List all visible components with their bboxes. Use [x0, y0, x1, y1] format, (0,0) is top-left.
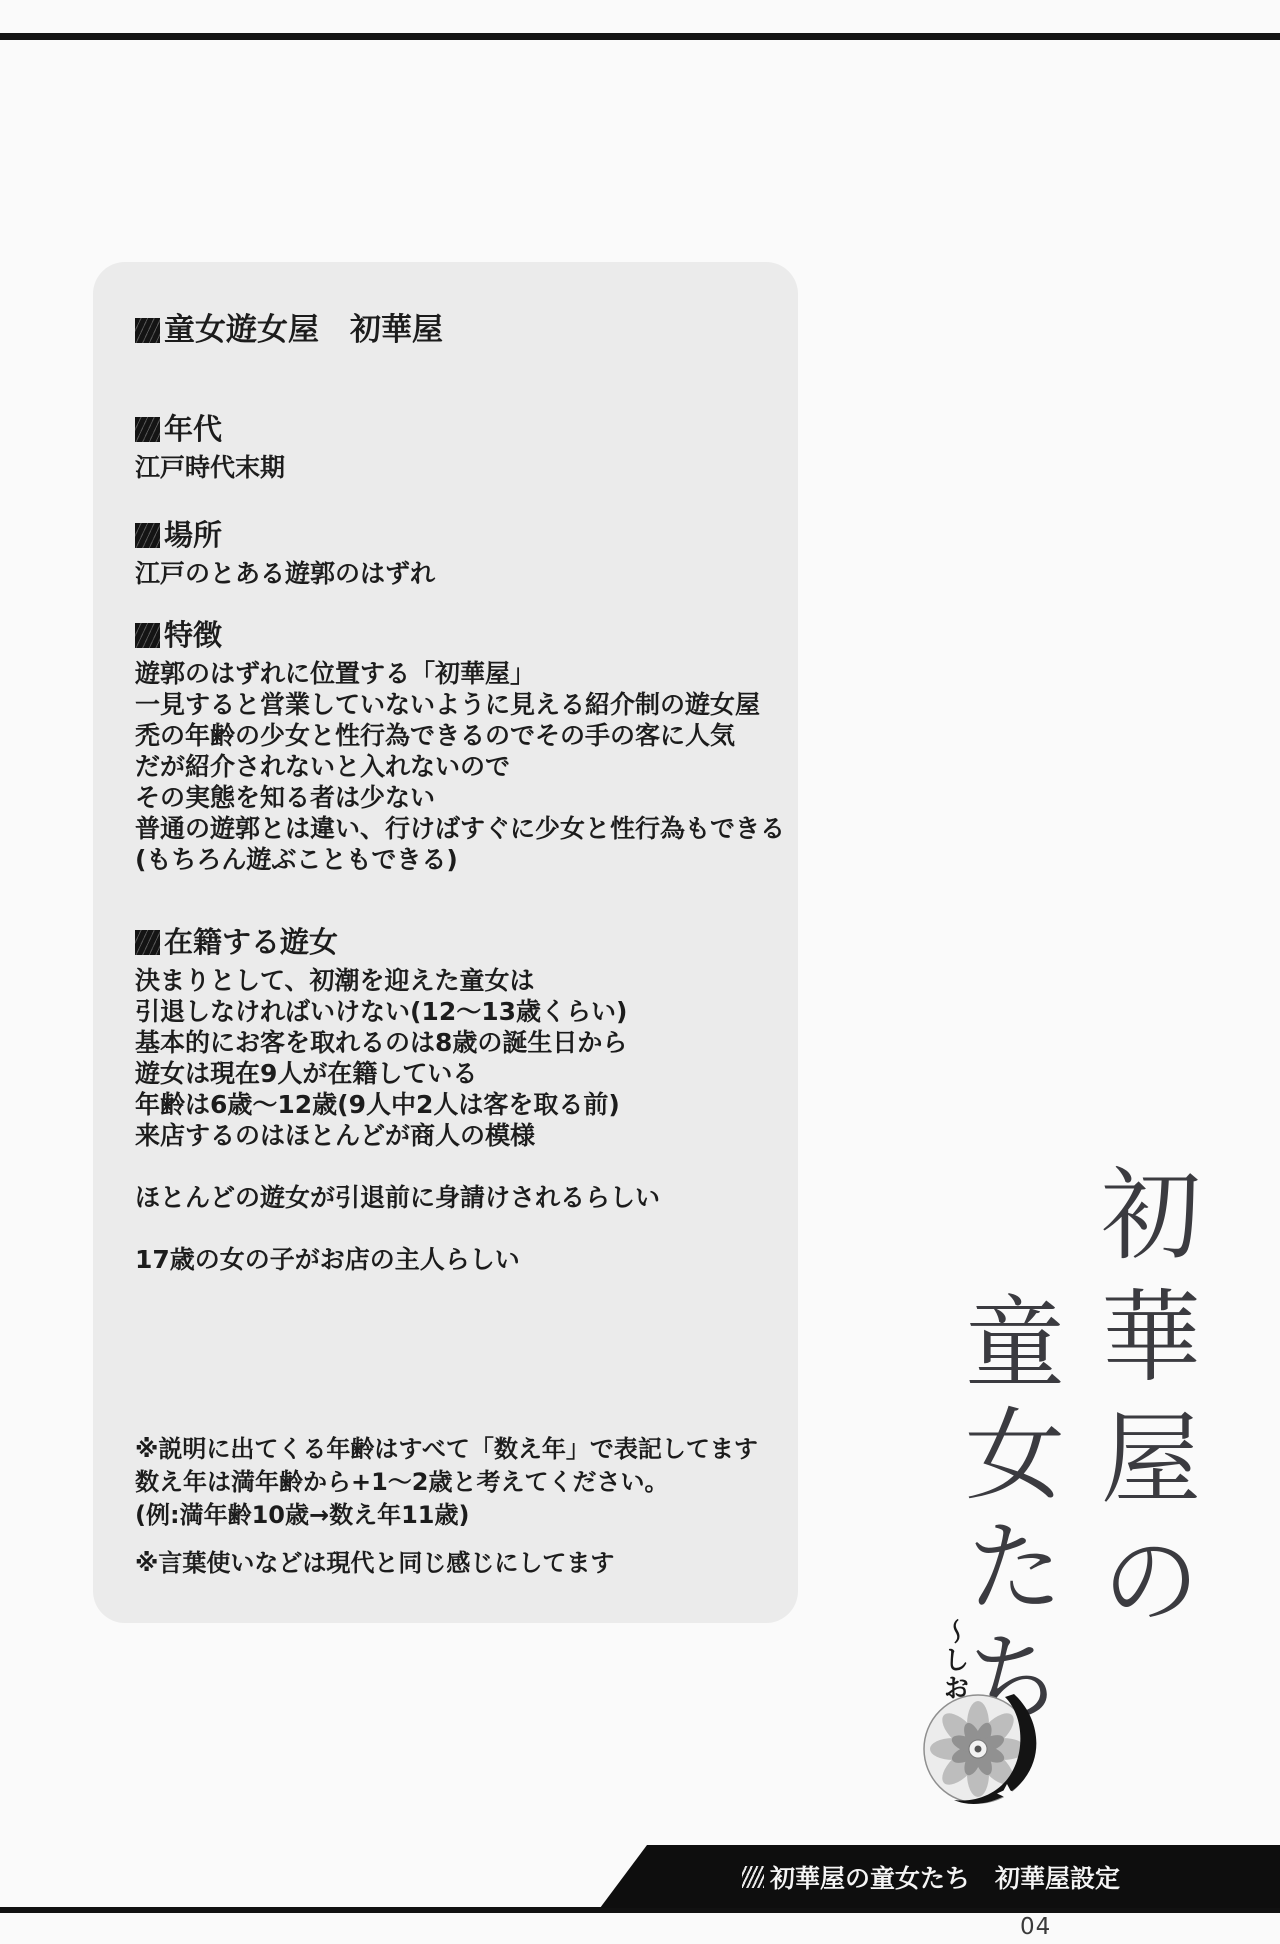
section-roster-line: 遊女は現在9人が在籍している [135, 1058, 772, 1089]
section-roster-paragraph: 決まりとして、初潮を迎えた童女は 引退しなければいけない(12〜13歳くらい) … [135, 965, 772, 1151]
temari-ball-icon [918, 1688, 1038, 1808]
side-title-column-right: 初華屋の [1086, 1162, 1198, 1650]
info-box-title: 童女遊女屋 初華屋 [135, 312, 772, 348]
section-features-line: 遊郭のはずれに位置する「初華屋」 [135, 658, 772, 689]
section-place: 場所 江戸のとある遊郭のはずれ [135, 518, 772, 589]
section-features-line: 禿の年齢の少女と性行為できるのでその手の客に人気 [135, 720, 772, 751]
footnote-line: (例:満年齢10歳→数え年11歳) [135, 1499, 772, 1532]
section-roster-paragraph: ほとんどの遊女が引退前に身請けされるらしい [135, 1182, 772, 1213]
section-era: 年代 江戸時代末期 [135, 412, 772, 483]
section-place-line: 江戸のとある遊郭のはずれ [135, 558, 772, 589]
page-number: 04 [1020, 1914, 1051, 1940]
footnote: ※説明に出てくる年齢はすべて「数え年」で表記してます 数え年は満年齢から+1〜2… [135, 1433, 772, 1532]
doujinshi-setting-page: 童女遊女屋 初華屋 年代 江戸時代末期 場所 江戸のとある遊郭のはずれ 特徴 遊… [0, 0, 1280, 1944]
section-roster-heading: 在籍する遊女 [135, 925, 772, 959]
section-roster-line: 17歳の女の子がお店の主人らしい [135, 1244, 772, 1275]
footnote-line: 数え年は満年齢から+1〜2歳と考えてください。 [135, 1466, 772, 1499]
section-marker-icon [742, 1866, 764, 1888]
section-roster-line: 来店するのはほとんどが商人の模様 [135, 1120, 772, 1151]
top-divider-line [0, 33, 1280, 40]
info-box: 童女遊女屋 初華屋 年代 江戸時代末期 場所 江戸のとある遊郭のはずれ 特徴 遊… [93, 262, 798, 1623]
section-marker-icon [135, 523, 160, 548]
section-roster: 在籍する遊女 決まりとして、初潮を迎えた童女は 引退しなければいけない(12〜1… [135, 925, 772, 1275]
section-marker-icon [135, 417, 160, 442]
section-features-heading: 特徴 [135, 618, 772, 652]
section-roster-line: ほとんどの遊女が引退前に身請けされるらしい [135, 1182, 772, 1213]
section-place-heading-text: 場所 [164, 518, 222, 552]
footnote-line: ※言葉使いなどは現代と同じ感じにしてます [135, 1547, 772, 1580]
section-marker-icon [135, 623, 160, 648]
section-features-line: だが紹介されないと入れないので [135, 751, 772, 782]
section-features-line: 普通の遊郭とは違い、行けばすぐに少女と性行為もできる [135, 813, 772, 844]
section-features-paragraph: 遊郭のはずれに位置する「初華屋」 一見すると営業していないように見える紹介制の遊… [135, 658, 772, 875]
section-roster-line: 年齢は6歳〜12歳(9人中2人は客を取る前) [135, 1089, 772, 1120]
footnote: ※言葉使いなどは現代と同じ感じにしてます [135, 1547, 772, 1580]
section-features: 特徴 遊郭のはずれに位置する「初華屋」 一見すると営業していないように見える紹介… [135, 618, 772, 875]
section-roster-paragraph: 17歳の女の子がお店の主人らしい [135, 1244, 772, 1275]
section-place-heading: 場所 [135, 518, 772, 552]
section-era-line: 江戸時代末期 [135, 452, 772, 483]
section-era-heading-text: 年代 [164, 412, 222, 446]
section-features-heading-text: 特徴 [164, 618, 222, 652]
footnote-line: ※説明に出てくる年齢はすべて「数え年」で表記してます [135, 1433, 772, 1466]
section-marker-icon [135, 318, 160, 343]
section-roster-heading-text: 在籍する遊女 [164, 925, 338, 959]
section-features-line: (もちろん遊ぶこともできる) [135, 844, 772, 875]
section-marker-icon [135, 930, 160, 955]
info-box-title-text: 童女遊女屋 初華屋 [164, 312, 443, 348]
footer-label: 初華屋の童女たち 初華屋設定 [770, 1859, 1120, 1895]
section-features-line: その実態を知る者は少ない [135, 782, 772, 813]
footer-bar: 初華屋の童女たち 初華屋設定 [600, 1845, 1280, 1908]
section-era-heading: 年代 [135, 412, 772, 446]
section-roster-line: 基本的にお客を取れるのは8歳の誕生日から [135, 1027, 772, 1058]
section-roster-line: 決まりとして、初潮を迎えた童女は [135, 965, 772, 996]
section-roster-line: 引退しなければいけない(12〜13歳くらい) [135, 996, 772, 1027]
section-features-line: 一見すると営業していないように見える紹介制の遊女屋 [135, 689, 772, 720]
footnotes: ※説明に出てくる年齢はすべて「数え年」で表記してます 数え年は満年齢から+1〜2… [135, 1433, 772, 1580]
